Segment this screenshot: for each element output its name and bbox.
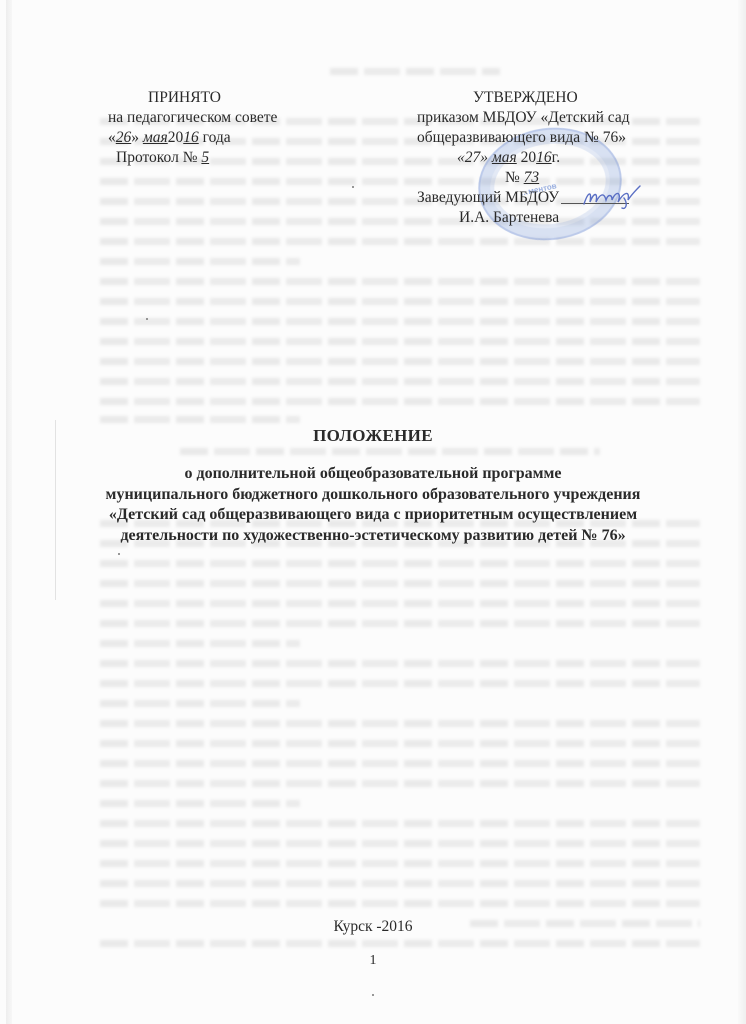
handwritten-order-number: 73 <box>524 169 540 186</box>
document-subtitle: о дополнительной общеобразовательной про… <box>0 464 746 546</box>
scan-speck <box>352 186 354 188</box>
scan-speck <box>118 553 120 555</box>
signature-icon <box>580 184 650 212</box>
approval-order-line2: общеразвивающего вида № 76» <box>415 128 715 148</box>
subtitle-line: муниципального бюджетного дошкольного об… <box>0 485 746 506</box>
approval-council-protocol: Протокол № 5 <box>108 148 348 168</box>
quote-open: « <box>108 129 116 146</box>
scan-speck <box>146 318 148 320</box>
scan-speck <box>372 994 374 996</box>
document-page: ПРИНЯТО на педагогическом совете «26» ма… <box>0 0 746 1024</box>
approval-order-date: «27» мая 2016г. <box>415 148 715 168</box>
document-title: ПОЛОЖЕНИЕ <box>0 426 746 446</box>
year-word: года <box>199 129 231 146</box>
handwritten-year: 16 <box>536 149 552 166</box>
quote-open: « <box>457 149 465 166</box>
order-label: № <box>505 169 524 186</box>
year-prefix: 20 <box>517 149 536 166</box>
approval-order-block: УТВЕРЖДЕНО приказом МБДОУ «Детский сад о… <box>415 88 715 228</box>
quote-close: » <box>480 149 492 166</box>
handwritten-month: мая <box>492 149 517 166</box>
year-abbrev: г. <box>552 149 560 166</box>
year-prefix: 20 <box>168 129 184 146</box>
approval-order-name: И.А. Бартенева <box>415 208 715 228</box>
handwritten-year: 16 <box>183 129 199 146</box>
subtitle-line: деятельности по художественно-эстетическ… <box>0 526 746 547</box>
approval-order-line1: приказом МБДОУ «Детский сад <box>415 108 715 128</box>
city-year: Курск -2016 <box>0 918 746 936</box>
subtitle-line: «Детский сад общеразвивающего вида с при… <box>0 505 746 526</box>
head-title: Заведующий МБДОУ <box>417 189 559 206</box>
approval-council-block: ПРИНЯТО на педагогическом совете «26» ма… <box>108 88 348 168</box>
approval-order-head: Заведующий МБДОУ <box>415 188 715 208</box>
approval-council-body: на педагогическом совете <box>108 108 348 128</box>
handwritten-day: 26 <box>116 129 132 146</box>
handwritten-month: мая <box>143 129 168 146</box>
handwritten-day: 27 <box>465 149 481 166</box>
approval-order-heading: УТВЕРЖДЕНО <box>415 88 715 108</box>
handwritten-protocol-number: 5 <box>201 149 209 166</box>
approval-council-date: «26» мая2016 года <box>108 128 348 148</box>
protocol-label: Протокол № <box>116 149 201 166</box>
approval-council-heading: ПРИНЯТО <box>108 88 348 108</box>
approval-order-number: № 73 <box>415 168 715 188</box>
quote-close: » <box>131 129 143 146</box>
subtitle-line: о дополнительной общеобразовательной про… <box>0 464 746 485</box>
page-number: 1 <box>0 953 746 969</box>
